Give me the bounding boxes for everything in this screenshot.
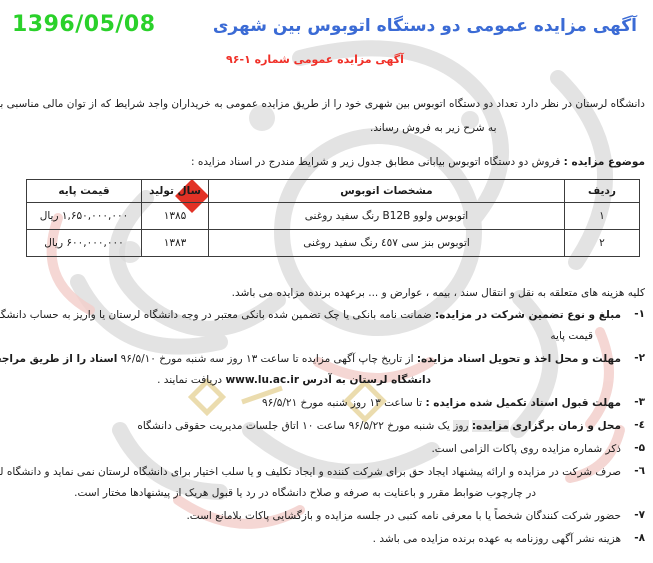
term-body: محل و زمان برگزاری مزایده: روز یک شنبه م… xyxy=(8,419,621,433)
term-item: ۱-مبلغ و نوع تضمین شرکت در مزایده: ضمانت… xyxy=(8,308,645,343)
term-item: ٤-محل و زمان برگزاری مزایده: روز یک شنبه… xyxy=(8,419,645,433)
table-cell: ۱۳۸۳ xyxy=(142,230,209,257)
term-item: ۲-مهلت و محل اخذ و تحویل اسناد مزایده: ا… xyxy=(8,352,645,387)
term-body: حضور شرکت کنندگان شخصاً یا با معرفی نامه… xyxy=(8,509,621,523)
term-body: مهلت و محل اخذ و تحویل اسناد مزایده: از … xyxy=(8,352,621,387)
term-segment: ذکر شماره مزایده روی پاکات الزامی است. xyxy=(431,443,621,455)
table-header-row: ردیفمشخصات اتوبوسسال تولیدقیمت پایه xyxy=(27,180,640,203)
subject-text: فروش دو دستگاه اتوبوس بیابانی مطابق جدول… xyxy=(191,156,560,168)
term-url-text: www.lu.ac.ir xyxy=(225,374,299,386)
subject-line: موضوع مزایده : فروش دو دستگاه اتوبوس بیا… xyxy=(8,156,645,168)
term-segment: اسناد را از طریق مراجعه به سایت اینترنتی xyxy=(0,353,117,365)
term-line: صرف شرکت در مزایده و ارائه پیشنهاد ایجاد… xyxy=(8,465,621,479)
term-segment: محل و زمان برگزاری xyxy=(512,420,621,432)
table-header-cell: سال تولید xyxy=(142,180,209,203)
term-segment: یک شنبه مورخ ۹۶/۵/۲۲ ساعت ۱۰ اتاق جلسات … xyxy=(137,420,450,432)
term-segment: در چارچوب ضوابط مقرر و باعنایت به صرفه و… xyxy=(74,487,536,499)
bus-table-body: ۱اتوبوس ولوو B12B رنگ سفید روغنی۱۳۸۵۱,۶۵… xyxy=(27,203,640,257)
term-segment: تا ساعت ۱۳ روز شنبه مورخ ۹۶/۵/۲۱ xyxy=(262,397,422,409)
term-segment: مهلت قبول اسناد تکمیل شده مزایده : xyxy=(425,397,621,409)
table-header-cell: مشخصات اتوبوس xyxy=(209,180,565,203)
notice-subtitle: آگهی مزایده عمومی شماره ۱-۹۶ xyxy=(170,53,460,66)
subject-label: موضوع مزایده : xyxy=(564,156,645,168)
term-line: مهلت و محل اخذ و تحویل اسناد مزایده: از … xyxy=(8,352,621,366)
term-body: مبلغ و نوع تضمین شرکت در مزایده: ضمانت ن… xyxy=(8,308,621,343)
term-item: ٦-صرف شرکت در مزایده و ارائه پیشنهاد ایج… xyxy=(8,465,645,500)
term-body: مهلت قبول اسناد تکمیل شده مزایده : تا سا… xyxy=(8,396,621,410)
term-segment: ضمانت نامه بانکی یا چک تضمین شده بانکی م… xyxy=(0,309,432,321)
term-body: صرف شرکت در مزایده و ارائه پیشنهاد ایجاد… xyxy=(8,465,621,500)
intro-line-2: به شرح زیر به فروش رساند. xyxy=(8,121,645,136)
table-cell: ۲ xyxy=(565,230,640,257)
term-line: دانشگاه لرستان به آدرس www.lu.ac.ir دریا… xyxy=(8,373,621,387)
auction-notice-document: 1396/05/08 آگهی مزایده عمومی دو دستگاه ا… xyxy=(0,0,653,563)
term-line: ذکر شماره مزایده روی پاکات الزامی است. xyxy=(8,442,621,456)
terms-list: ۱-مبلغ و نوع تضمین شرکت در مزایده: ضمانت… xyxy=(8,308,645,546)
term-body: هزینه نشر آگهی روزنامه به عهده برنده مزا… xyxy=(8,532,621,546)
term-segment: از تاریخ چاپ آگهی مزایده تا ساعت ۱۳ روز … xyxy=(121,353,414,365)
term-segment: روز xyxy=(453,420,468,432)
table-header-cell: ردیف xyxy=(565,180,640,203)
term-segment: حضور شرکت کنندگان شخصاً یا با معرفی نامه… xyxy=(186,510,621,522)
costs-note: کلیه هزینه های متعلقه به نقل و انتقال سن… xyxy=(8,287,645,299)
term-number: ۷- xyxy=(628,509,645,523)
term-segment: هزینه نشر آگهی روزنامه به عهده برنده مزا… xyxy=(373,533,621,545)
term-item: ۸-هزینه نشر آگهی روزنامه به عهده برنده م… xyxy=(8,532,645,546)
notice-content: 1396/05/08 آگهی مزایده عمومی دو دستگاه ا… xyxy=(0,0,653,546)
notice-title: آگهی مزایده عمومی دو دستگاه اتوبوس بین ش… xyxy=(220,16,637,36)
table-row: ۲اتوبوس بنز سی ٤٥٧ رنگ سفید روغنی۱۳۸۳۶۰۰… xyxy=(27,230,640,257)
term-segment: دریافت نمایند . xyxy=(157,374,222,386)
table-cell: ۱۳۸۵ xyxy=(142,203,209,230)
term-line: در چارچوب ضوابط مقرر و باعنایت به صرفه و… xyxy=(8,486,621,500)
table-header-cell: قیمت پایه xyxy=(27,180,142,203)
term-number: ۵- xyxy=(628,442,645,456)
term-item: ۵-ذکر شماره مزایده روی پاکات الزامی است. xyxy=(8,442,645,456)
table-cell: اتوبوس ولوو B12B رنگ سفید روغنی xyxy=(209,203,565,230)
table-cell: ۱ xyxy=(565,203,640,230)
term-line: هزینه نشر آگهی روزنامه به عهده برنده مزا… xyxy=(8,532,621,546)
term-item: ۳-مهلت قبول اسناد تکمیل شده مزایده : تا … xyxy=(8,396,645,410)
term-line: محل و زمان برگزاری مزایده: روز یک شنبه م… xyxy=(8,419,621,433)
term-number: ۸- xyxy=(628,532,645,546)
intro-paragraph: دانشگاه لرستان در نظر دارد تعداد دو دستگ… xyxy=(8,97,645,136)
bus-table-head: ردیفمشخصات اتوبوسسال تولیدقیمت پایه xyxy=(27,180,640,203)
notice-header: 1396/05/08 آگهی مزایده عمومی دو دستگاه ا… xyxy=(8,10,645,72)
term-number: ٤- xyxy=(628,419,645,433)
term-number: ۲- xyxy=(628,352,645,387)
term-segment: مبلغ و نوع تضمین شرکت در مزایده: xyxy=(435,309,621,321)
term-number: ۳- xyxy=(628,396,645,410)
term-segment: دانشگاه لرستان به آدرس xyxy=(302,374,431,386)
intro-line-1: دانشگاه لرستان در نظر دارد تعداد دو دستگ… xyxy=(8,97,645,112)
table-row: ۱اتوبوس ولوو B12B رنگ سفید روغنی۱۳۸۵۱,۶۵… xyxy=(27,203,640,230)
publish-date: 1396/05/08 xyxy=(12,12,156,37)
term-body: ذکر شماره مزایده روی پاکات الزامی است. xyxy=(8,442,621,456)
term-number: ۱- xyxy=(628,308,645,343)
table-cell: ۱,۶۵۰,۰۰۰,۰۰۰ ریال xyxy=(27,203,142,230)
term-segment: مهلت و محل اخذ و تحویل اسناد مزایده: xyxy=(417,353,621,365)
bus-table: ردیفمشخصات اتوبوسسال تولیدقیمت پایه ۱اتو… xyxy=(26,179,640,257)
term-line: حضور شرکت کنندگان شخصاً یا با معرفی نامه… xyxy=(8,509,621,523)
table-cell: اتوبوس بنز سی ٤٥٧ رنگ سفید روغنی xyxy=(209,230,565,257)
term-segment: مزایده: xyxy=(472,420,509,432)
term-number: ٦- xyxy=(628,465,645,500)
term-item: ۷-حضور شرکت کنندگان شخصاً یا با معرفی نا… xyxy=(8,509,645,523)
term-line: مبلغ و نوع تضمین شرکت در مزایده: ضمانت ن… xyxy=(8,308,621,322)
term-segment: صرف شرکت در مزایده و ارائه پیشنهاد ایجاد… xyxy=(0,466,621,478)
term-line: قیمت پایه xyxy=(8,329,621,343)
table-cell: ۶۰۰,۰۰۰,۰۰۰ ریال xyxy=(27,230,142,257)
term-line: مهلت قبول اسناد تکمیل شده مزایده : تا سا… xyxy=(8,396,621,410)
term-segment: قیمت پایه xyxy=(550,330,593,342)
